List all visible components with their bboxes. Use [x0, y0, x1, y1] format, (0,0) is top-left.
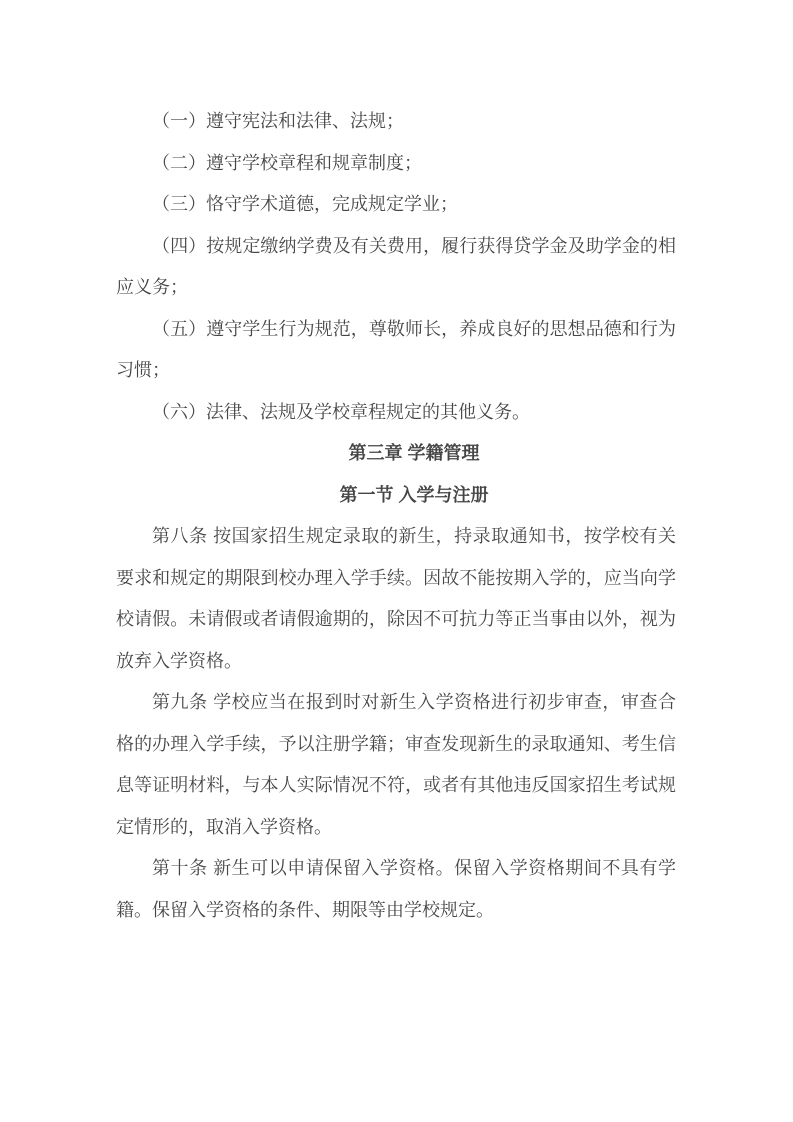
- obligation-item-6: （六）法律、法规及学校章程规定的其他义务。: [116, 392, 676, 434]
- obligation-item-4: （四）按规定缴纳学费及有关费用，履行获得贷学金及助学金的相应义务；: [116, 226, 676, 309]
- section-heading: 第一节 入学与注册: [116, 475, 676, 517]
- document-page: （一）遵守宪法和法律、法规； （二）遵守学校章程和规章制度； （三）恪守学术道德…: [0, 0, 793, 1122]
- article-9-paragraph: 第九条 学校应当在报到时对新生入学资格进行初步审查，审查合格的办理入学手续，予以…: [116, 682, 676, 848]
- chapter-heading: 第三章 学籍管理: [116, 433, 676, 475]
- obligation-item-2: （二）遵守学校章程和规章制度；: [116, 143, 676, 185]
- article-10-paragraph: 第十条 新生可以申请保留入学资格。保留入学资格期间不具有学籍。保留入学资格的条件…: [116, 848, 676, 931]
- article-8-paragraph: 第八条 按国家招生规定录取的新生，持录取通知书，按学校有关要求和规定的期限到校办…: [116, 516, 676, 682]
- obligation-item-3: （三）恪守学术道德，完成规定学业；: [116, 184, 676, 226]
- obligation-item-5: （五）遵守学生行为规范，尊敬师长，养成良好的思想品德和行为习惯；: [116, 309, 676, 392]
- obligation-item-1: （一）遵守宪法和法律、法规；: [116, 101, 676, 143]
